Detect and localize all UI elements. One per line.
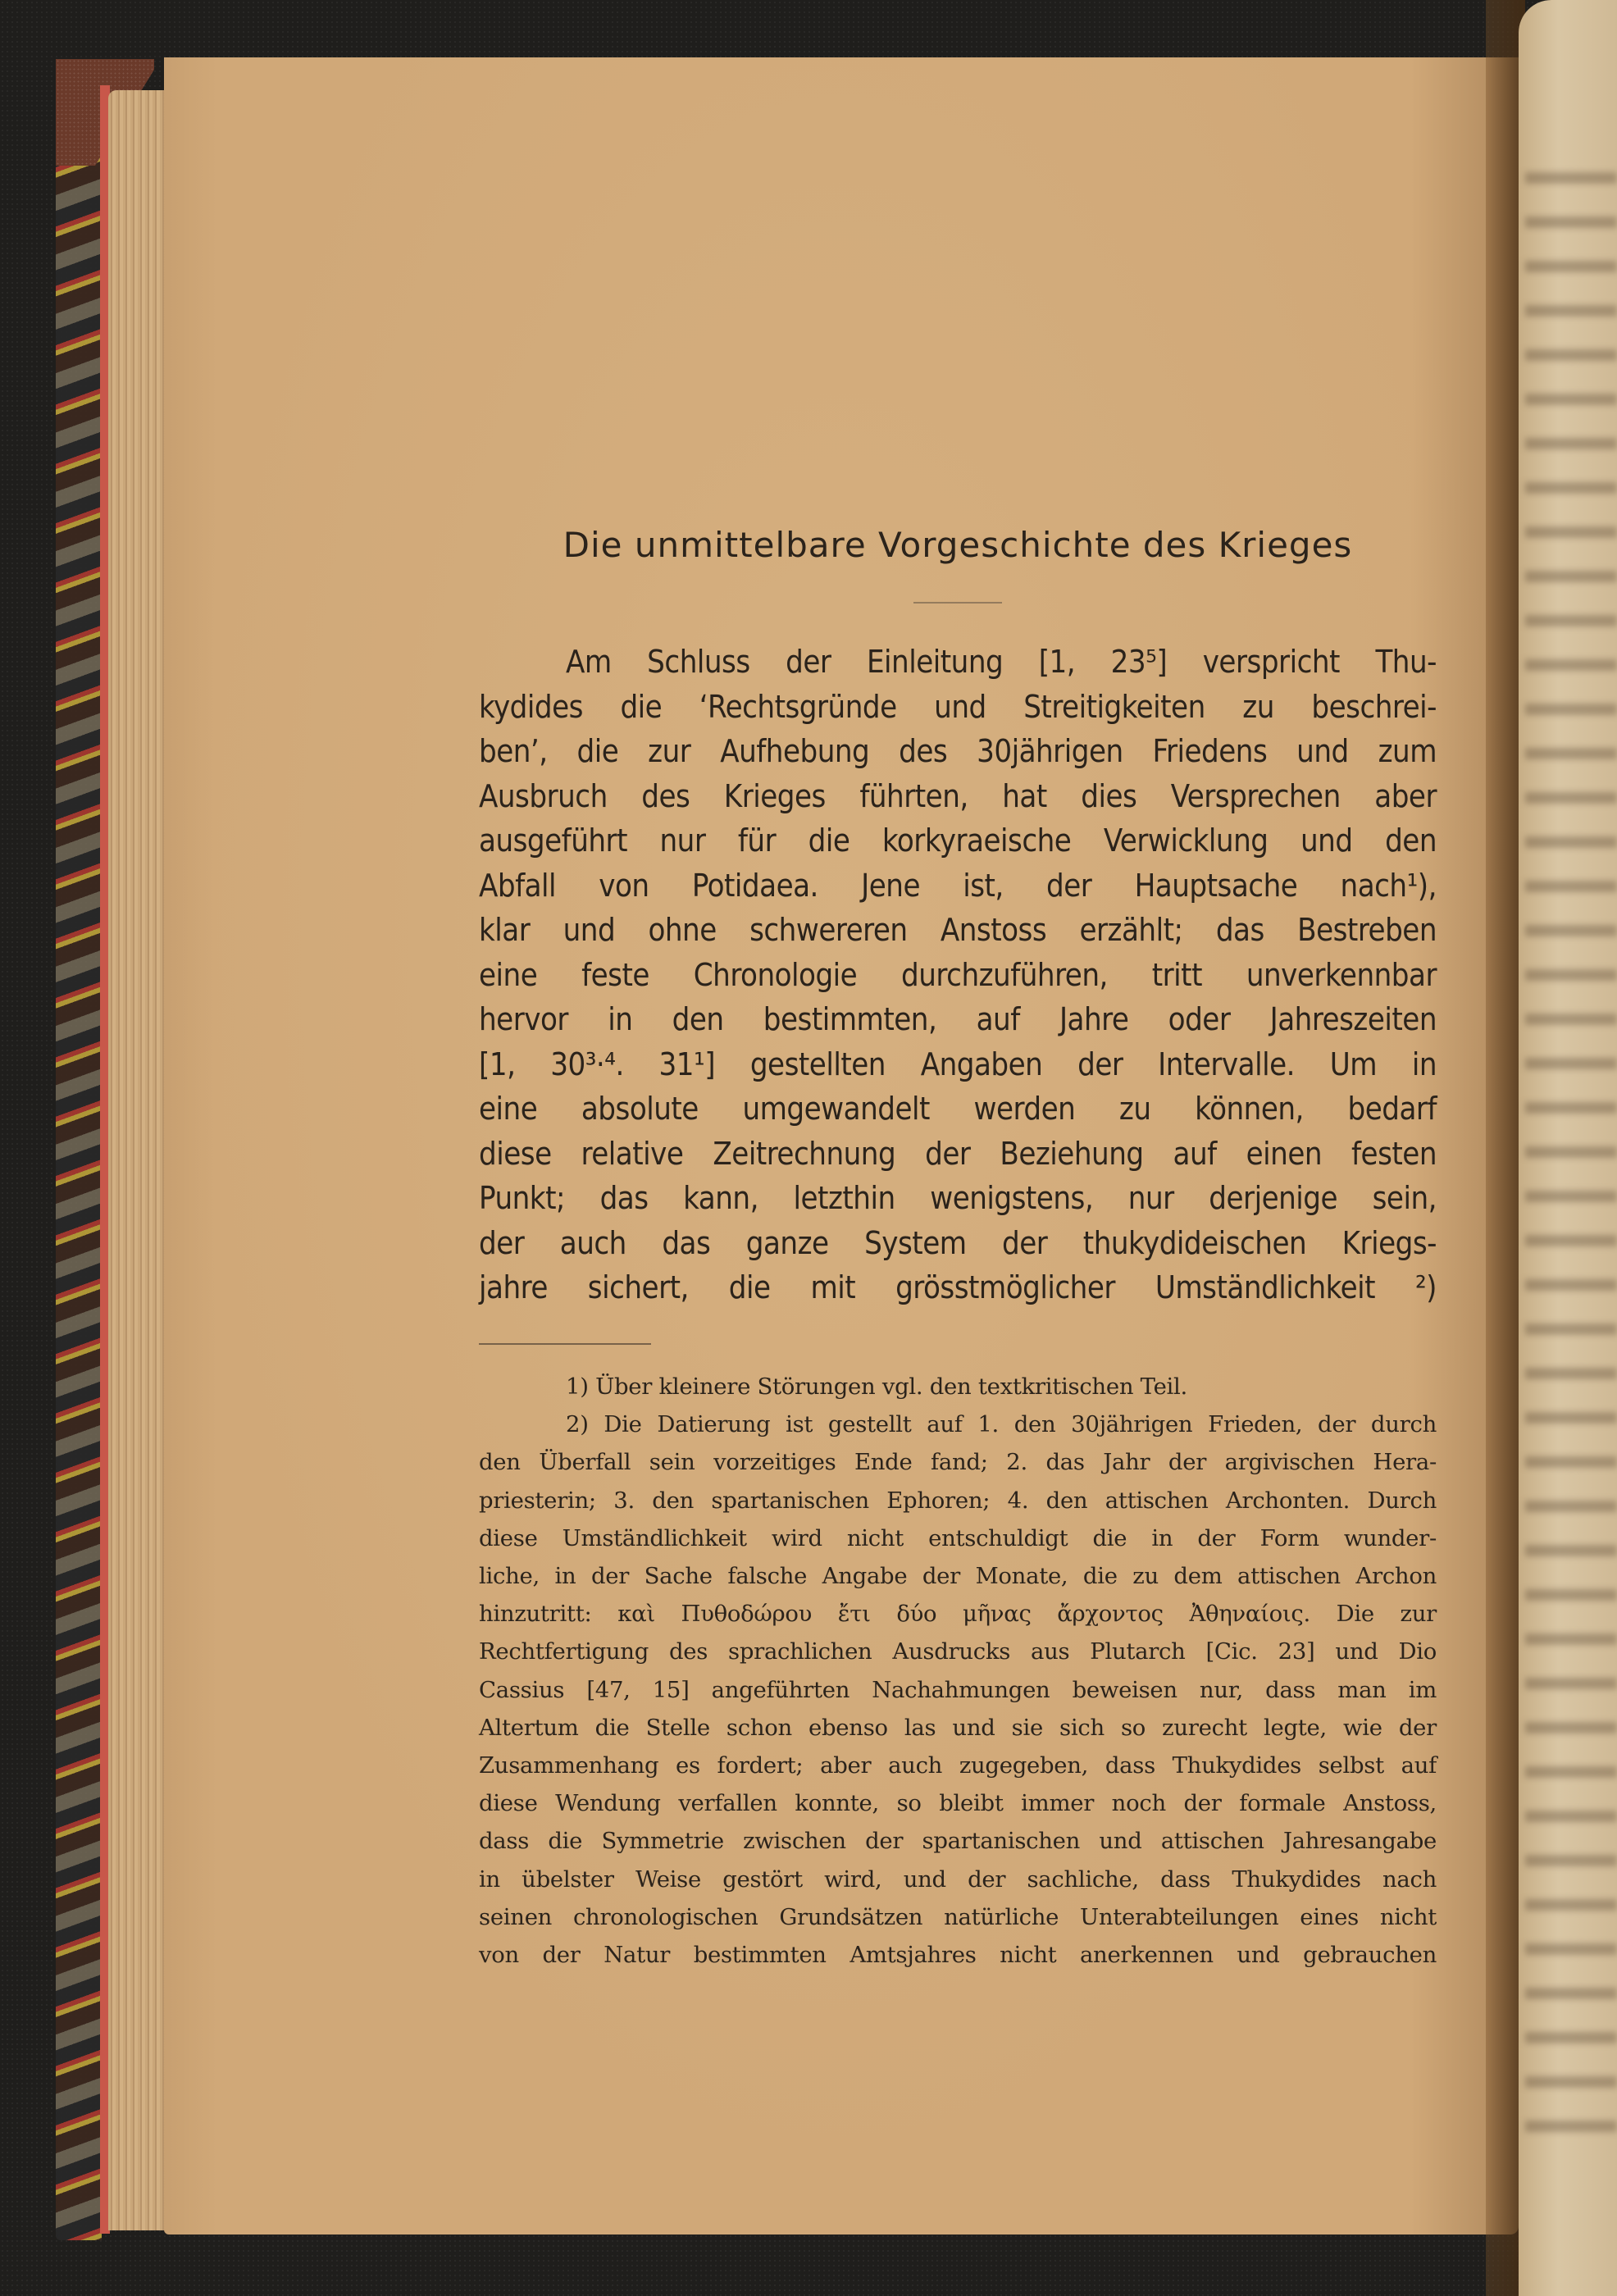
title-rule <box>913 602 1002 604</box>
footnotes: 1) Über kleinere Störungen vgl. den text… <box>479 1368 1437 1974</box>
footnote-2-line: Zusammenhang es fordert; aber auch zugeg… <box>479 1747 1437 1784</box>
body-line: eine feste Chronologie durchzuführen, tr… <box>479 953 1437 998</box>
footnote-2-line: diese Umständlichkeit wird nicht entschu… <box>479 1519 1437 1557</box>
body-line: klar und ohne schwereren Anstoss erzählt… <box>479 908 1437 953</box>
footnote-2-line: diese Wendung verfallen konnte, so bleib… <box>479 1784 1437 1822</box>
footnote-2-line: liche, in der Sache falsche Angabe der M… <box>479 1557 1437 1595</box>
footnote-rule <box>479 1343 651 1345</box>
body-line: kydides die ‘Rechtsgründe und Streitigke… <box>479 685 1437 730</box>
footnote-1: 1) Über kleinere Störungen vgl. den text… <box>479 1368 1437 1405</box>
body-line: jahre sichert, die mit grösstmöglicher U… <box>479 1265 1437 1310</box>
body-line: Am Schluss der Einleitung [1, 23⁵] versp… <box>479 640 1437 685</box>
footnote-2-line: dass die Symmetrie zwischen der spartani… <box>479 1822 1437 1860</box>
marbled-cover-edge <box>56 59 102 2240</box>
body-line: ausgeführt nur für die korkyraeische Ver… <box>479 818 1437 863</box>
book-photo: Die unmittelbare Vorgeschichte des Krieg… <box>0 0 1617 2296</box>
body-line: [1, 30³·⁴. 31¹] gestellten Angaben der I… <box>479 1042 1437 1087</box>
footnote-2-line: hinzutritt: καὶ Πυθοδώρου ἔτι δύο μῆνας … <box>479 1595 1437 1633</box>
footnote-2-line: von der Natur bestimmten Amtsjahres nich… <box>479 1936 1437 1974</box>
footnote-2-line: Rechtfertigung des sprachlichen Ausdruck… <box>479 1633 1437 1670</box>
page-content: Die unmittelbare Vorgeschichte des Krieg… <box>479 525 1437 1974</box>
footnote-2-line: 2) Die Datierung ist gestellt auf 1. den… <box>479 1405 1437 1443</box>
body-line: Ausbruch des Krieges führten, hat dies V… <box>479 774 1437 819</box>
footnote-2-line: priesterin; 3. den spartanischen Ephoren… <box>479 1482 1437 1519</box>
body-paragraph: Am Schluss der Einleitung [1, 23⁵] versp… <box>479 640 1437 1310</box>
chapter-title: Die unmittelbare Vorgeschichte des Krieg… <box>479 525 1437 566</box>
body-line: Abfall von Potidaea. Jene ist, der Haupt… <box>479 863 1437 909</box>
body-line: eine absolute umgewandelt werden zu könn… <box>479 1086 1437 1132</box>
body-line: Punkt; das kann, letzthin wenigstens, nu… <box>479 1176 1437 1221</box>
body-line: hervor in den bestimmten, auf Jahre oder… <box>479 997 1437 1042</box>
facing-page-blurred <box>1519 0 1617 2296</box>
body-line: der auch das ganze System der thukydidei… <box>479 1221 1437 1266</box>
body-line: ben’, die zur Aufhebung des 30jährigen F… <box>479 729 1437 774</box>
footnote-2-line: den Überfall sein vorzeitiges Ende fand;… <box>479 1443 1437 1481</box>
footnote-2-line: in übelster Weise gestört wird, und der … <box>479 1861 1437 1898</box>
footnote-2-line: seinen chronologischen Grundsätzen natür… <box>479 1898 1437 1936</box>
blurred-text <box>1525 148 1617 2132</box>
footnote-2-line: Cassius [47, 15] angeführten Nachahmunge… <box>479 1671 1437 1709</box>
footnote-2-line: Altertum die Stelle schon ebenso las und… <box>479 1709 1437 1747</box>
body-line: diese relative Zeitrechnung der Beziehun… <box>479 1132 1437 1177</box>
